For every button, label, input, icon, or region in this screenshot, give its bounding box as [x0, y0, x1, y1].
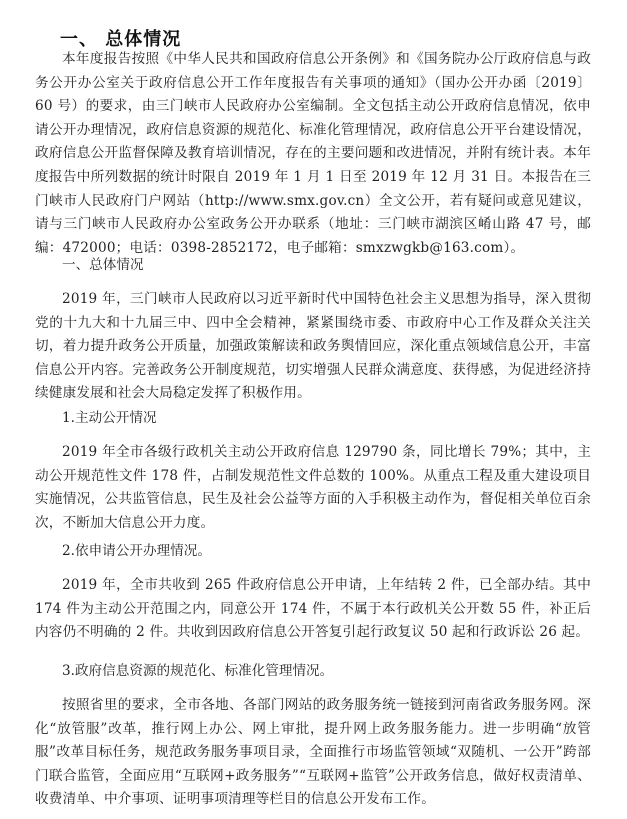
sub2-title: 2.依申请公开办理情况。 [62, 541, 211, 561]
section1-paragraph: 2019 年，三门峡市人民政府以习近平新时代中国特色社会主义思想为指导，深入贯彻… [35, 288, 591, 406]
sub2-paragraph: 2019 年，全市共收到 265 件政府信息公开申请，上年结转 2 件，已全部办… [35, 574, 591, 645]
intro-paragraph: 本年度报告按照《中华人民共和国政府信息公开条例》和《国务院办公厅政府信息与政务公… [35, 48, 591, 260]
sub1-title: 1.主动公开情况 [62, 408, 157, 428]
sub3-paragraph: 按照省里的要求，全市各地、各部门网站的政务服务统一链接到河南省政务服务网。深化“… [35, 694, 591, 812]
section1-title: 一、总体情况 [62, 255, 144, 275]
sub3-title: 3.政府信息资源的规范化、标准化管理情况。 [62, 661, 333, 681]
sub1-paragraph: 2019 年全市各级行政机关主动公开政府信息 129790 条，同比增长 79%… [35, 441, 591, 535]
